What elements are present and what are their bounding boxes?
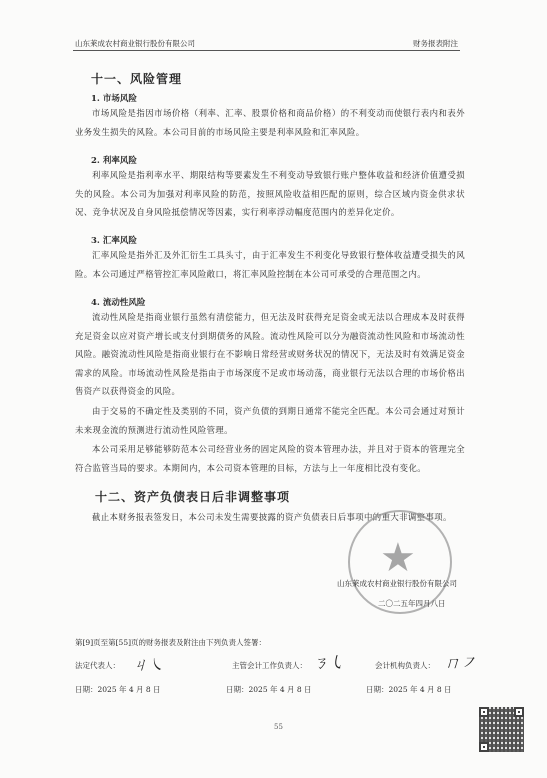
item-2-paragraph: 利率风险是指利率水平、期限结构等要素发生不利变动导致银行账户整体收益和经济价值遭… bbox=[75, 166, 465, 222]
item-1-heading: 1. 市场风险 bbox=[91, 92, 137, 104]
document-page: 山东莱成农村商业银行股份有限公司 财务报表附注 十一、风险管理 1. 市场风险 … bbox=[0, 0, 547, 778]
item-4-paragraph-3: 本公司采用足够能够防范本公司经营业务的固定风险的资本管理办法，并且对于资本的管理… bbox=[75, 440, 465, 477]
item-3-paragraph: 汇率风险是指外汇及外汇衍生工具头寸，由于汇率发生不利变化导致银行整体收益遭受损失… bbox=[75, 246, 465, 283]
header-company: 山东莱成农村商业银行股份有限公司 bbox=[75, 38, 195, 49]
signer-1-role: 法定代表人： bbox=[75, 660, 120, 671]
signer-3-signature: ㄇ㇇ bbox=[444, 650, 476, 673]
item-4-heading: 4. 流动性风险 bbox=[91, 296, 145, 308]
item-2-heading: 2. 利率风险 bbox=[91, 154, 137, 166]
qr-code bbox=[479, 707, 524, 752]
item-4-paragraph-2: 由于交易的不确定性及类别的不同，资产负债的到期日通常不能完全匹配。本公司会通过对… bbox=[75, 402, 465, 439]
page-header: 山东莱成农村商业银行股份有限公司 财务报表附注 bbox=[73, 38, 460, 51]
qr-finder-icon bbox=[479, 742, 489, 752]
signature-intro: 第[9]页至第[55]页的财务报表及附注由下列负责人签署： bbox=[75, 637, 266, 648]
header-doc-type: 财务报表附注 bbox=[413, 38, 458, 49]
signer-2-role: 主管会计工作负责人： bbox=[232, 660, 307, 671]
page-number: 55 bbox=[274, 723, 283, 731]
signer-2-date: 日期：2025 年 4 月 8 日 bbox=[226, 684, 312, 695]
signer-1-signature: ㄐ㇏ bbox=[132, 652, 164, 675]
signer-3-role: 会计机构负责人： bbox=[375, 660, 435, 671]
signer-1-date: 日期：2025 年 4 月 8 日 bbox=[75, 684, 161, 695]
closing-company: 山东莱成农村商业银行股份有限公司 bbox=[337, 578, 457, 589]
item-3-heading: 3. 汇率风险 bbox=[91, 234, 137, 246]
signer-2-signature: ㄋ㇂ bbox=[312, 650, 344, 673]
section-12-title: 十二、资产负债表日后非调整事项 bbox=[95, 488, 290, 505]
closing-date: 二〇二五年四月八日 bbox=[378, 598, 446, 609]
qr-finder-icon bbox=[479, 707, 489, 717]
qr-finder-icon bbox=[514, 707, 524, 717]
section-11-title: 十一、风险管理 bbox=[91, 70, 182, 87]
seal-star-icon: ★ bbox=[380, 538, 416, 578]
item-1-paragraph: 市场风险是指因市场价格（利率、汇率、股票价格和商品价格）的不利变动而使银行表内和… bbox=[75, 104, 465, 141]
item-4-paragraph-1: 流动性风险是指商业银行虽然有清偿能力，但无法及时获得充足资金或无法以合理成本及时… bbox=[75, 308, 465, 401]
signer-3-date: 日期：2025 年 4 月 8 日 bbox=[366, 684, 452, 695]
